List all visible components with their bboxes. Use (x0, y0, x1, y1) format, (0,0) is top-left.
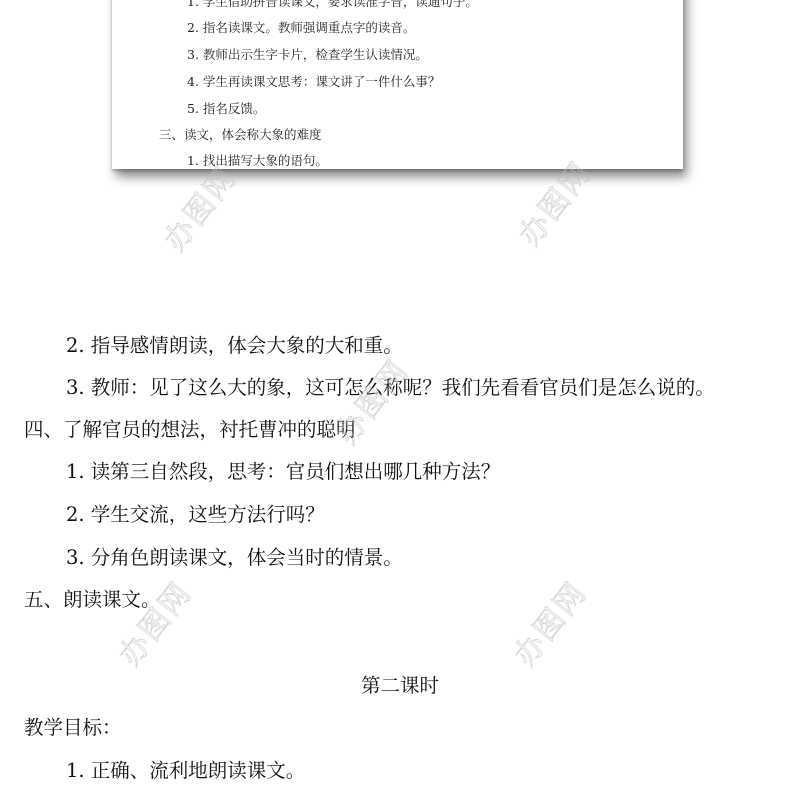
watermark-icon: 办图网 (151, 156, 245, 259)
watermark-icon: 办图网 (501, 571, 595, 674)
card-line-1: 1. 学生借助拼音读课文，要求读准字音，读通句子。 (187, 0, 478, 10)
card-line-6: 1. 找出描写大象的语句。 (187, 153, 328, 169)
card-line-4: 4. 学生再读课文思考：课文讲了一件什么事？ (187, 74, 440, 90)
doc-heading-second-lesson: 第二课时 (0, 673, 800, 699)
doc-label-teaching-goals: 教学目标： (24, 715, 122, 741)
card-line-3: 3. 教师出示生字卡片，检查学生认读情况。 (187, 47, 428, 63)
doc-item-role-reading: 3. 分角色朗读课文，体会当时的情景。 (66, 545, 403, 571)
card-line-5: 5. 指名反馈。 (187, 101, 265, 117)
card-line-2: 2. 指名读课文。教师强调重点字的读音。 (187, 20, 415, 36)
doc-item-guide-reading: 2. 指导感情朗读，体会大象的大和重。 (66, 333, 403, 359)
doc-section-four: 四、了解官员的想法，衬托曹冲的聪明 (24, 417, 356, 443)
doc-item-students-discuss: 2. 学生交流，这些方法行吗？ (66, 502, 325, 528)
doc-item-teacher-question: 3. 教师：见了这么大的象，这可怎么称呢？我们先看看官员们是怎么说的。 (66, 375, 715, 401)
doc-section-five: 五、朗读课文。 (24, 587, 161, 613)
embedded-document-card: 1. 学生借助拼音读课文，要求读准字音，读通句子。 2. 指名读课文。教师强调重… (112, 0, 683, 169)
card-section-heading: 三、读文，体会称大象的难度 (159, 127, 322, 143)
doc-item-read-paragraph: 1. 读第三自然段，思考：官员们想出哪几种方法？ (66, 459, 500, 485)
doc-item-goal-one: 1. 正确、流利地朗读课文。 (66, 758, 305, 784)
